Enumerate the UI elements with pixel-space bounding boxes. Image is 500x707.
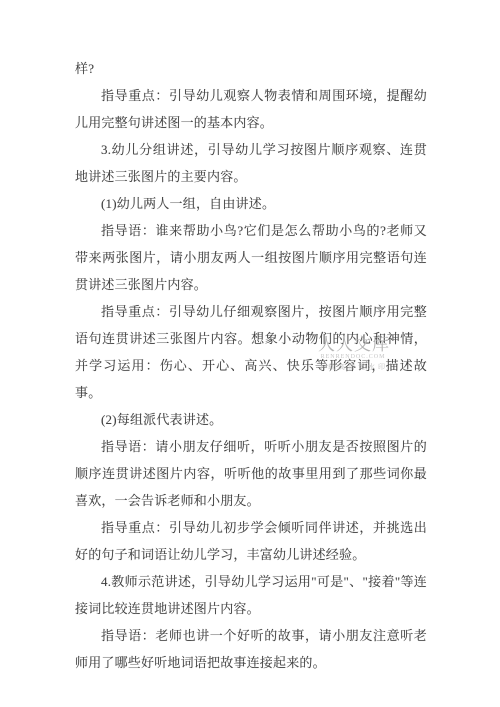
paragraph: (1)幼儿两人一组，自由讲述。: [75, 190, 427, 217]
paragraph: 指导语：请小朋友仔细听，听听小朋友是否按照图片的顺序连贯讲述图片内容，听听他的故…: [75, 433, 427, 514]
paragraph: 指导语：老师也讲一个好听的故事，请小朋友注意听老师用了哪些好听地词语把故事连接起…: [75, 622, 427, 676]
paragraph: 指导重点：引导幼儿初步学会倾听同伴讲述，并挑选出好的句子和词语让幼儿学习，丰富幼…: [75, 514, 427, 568]
document-text-block: 样? 指导重点：引导幼儿观察人物表情和周围环境，提醒幼儿用完整句讲述图一的基本内…: [75, 55, 427, 676]
paragraph: 指导重点：引导幼儿仔细观察图片，按图片顺序用完整语句连贯讲述三张图片内容。想象小…: [75, 298, 427, 406]
paragraph: 指导重点：引导幼儿观察人物表情和周围环境，提醒幼儿用完整句讲述图一的基本内容。: [75, 82, 427, 136]
paragraph: 指导语：谁来帮助小鸟?它们是怎么帮助小鸟的?老师又带来两张图片，请小朋友两人一组…: [75, 217, 427, 298]
document-page: 样? 指导重点：引导幼儿观察人物表情和周围环境，提醒幼儿用完整句讲述图一的基本内…: [0, 0, 500, 707]
paragraph: 样?: [75, 55, 427, 82]
paragraph: 3.幼儿分组讲述，引导幼儿学习按图片顺序观察、连贯地讲述三张图片的主要内容。: [75, 136, 427, 190]
paragraph: 4.教师示范讲述，引导幼儿学习运用"可是"、"接着"等连接词比较连贯地讲述图片内…: [75, 568, 427, 622]
paragraph: (2)每组派代表讲述。: [75, 406, 427, 433]
